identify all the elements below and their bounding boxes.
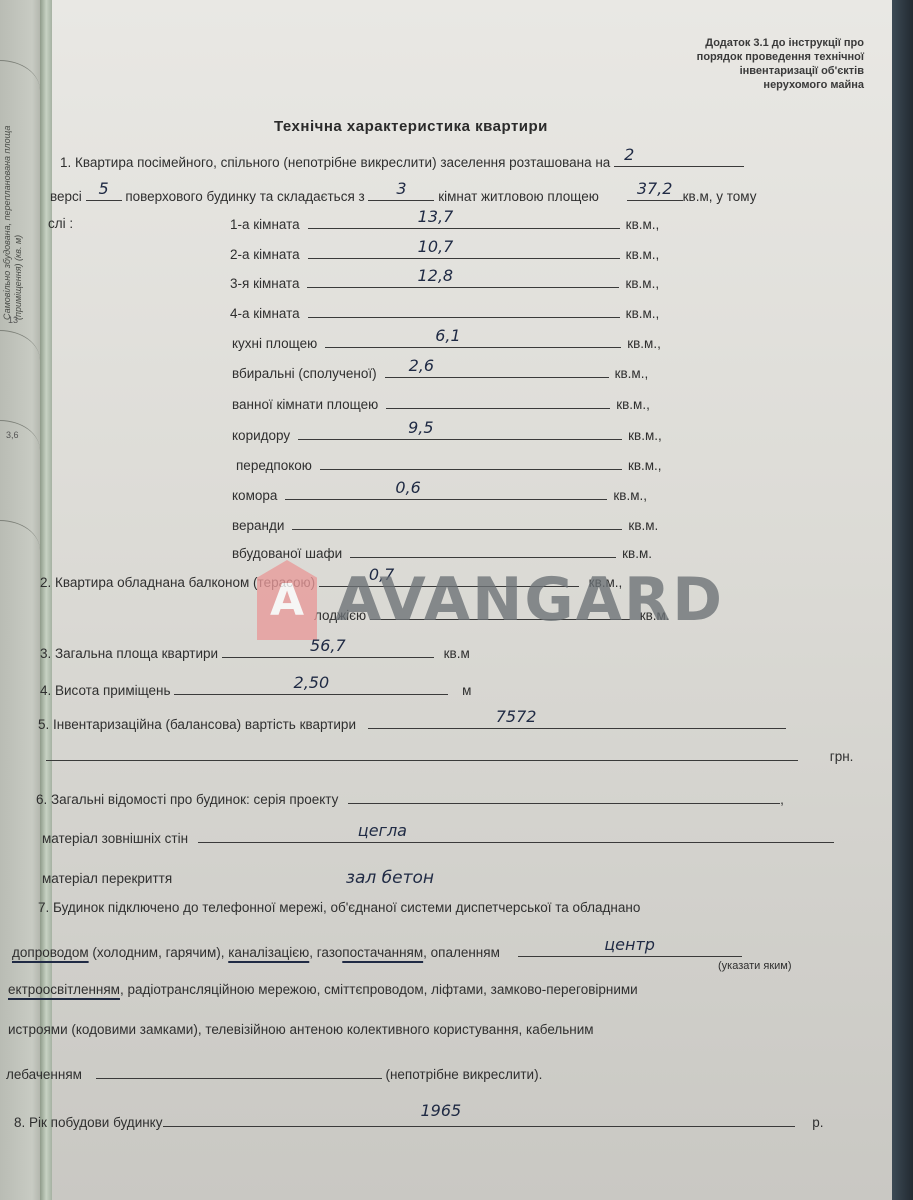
room-area-unit: кв.м.,: [628, 458, 662, 473]
ceiling-label: матеріал перекриття: [42, 871, 172, 886]
room-area-row: 1-а кімната13,7кв.м.,: [230, 214, 659, 232]
electric-lighting-text: ектроосвітленням: [8, 982, 120, 997]
room-area-value: 9,5: [298, 418, 622, 437]
room-area-field[interactable]: 13,7: [308, 214, 620, 229]
living-area-field[interactable]: 37,2: [627, 186, 683, 201]
living-area-value: 37,2: [627, 179, 683, 198]
value-field-continued[interactable]: [46, 746, 798, 761]
total-area-unit: кв.м: [444, 646, 470, 661]
ceiling-value[interactable]: зал бетон: [346, 868, 434, 888]
annex-line: інвентаризації об'єктів: [624, 64, 864, 78]
section1-line1: 1. Квартира посімейного, спільного (непо…: [60, 152, 744, 170]
build-year-value: 1965: [163, 1101, 795, 1120]
walls-value: цегла: [198, 821, 834, 840]
room-area-unit: кв.м.,: [626, 217, 660, 232]
floor-prefix: версі: [50, 189, 82, 204]
room-area-field[interactable]: [386, 394, 610, 409]
height-field[interactable]: 2,50: [174, 680, 448, 695]
room-area-unit: кв.м.,: [625, 276, 659, 291]
water-supply-detail: (холодним, гарячим),: [89, 945, 229, 960]
room-area-label: 2-а кімната: [230, 247, 300, 262]
document-title: Технічна характеристика квартири: [274, 118, 548, 135]
height-row: 4. Висота приміщень 2,50 м: [40, 680, 471, 698]
room-area-row: 3-я кімната12,8кв.м.,: [230, 273, 659, 291]
background-edge: [892, 0, 913, 1200]
room-area-label: комора: [232, 488, 277, 503]
room-area-unit: кв.м.,: [628, 428, 662, 443]
value-row-2: грн.: [46, 746, 853, 764]
avangard-watermark-text: AVANGARD: [335, 565, 724, 635]
heating-field[interactable]: центр: [518, 942, 742, 957]
room-area-row: вбудованої шафикв.м.: [232, 543, 652, 561]
room-area-value: 10,7: [308, 237, 620, 256]
room-area-value: 6,1: [325, 326, 621, 345]
utilities-line3: ектроосвітленням, радіотрансляційною мер…: [8, 982, 638, 997]
room-area-row: кухні площею6,1кв.м.,: [232, 333, 661, 351]
room-area-label: 4-а кімната: [230, 306, 300, 321]
room-area-unit: кв.м.: [622, 546, 652, 561]
rooms-text: кімнат житловою площею: [438, 189, 599, 204]
storeys-text: поверхового будинку та складається з: [125, 189, 364, 204]
annex-line: Додаток 3.1 до інструкції про: [624, 36, 864, 50]
value-value: 7572: [368, 707, 786, 726]
heating-value: центр: [518, 935, 742, 954]
build-year-unit: р.: [812, 1115, 823, 1130]
height-unit: м: [462, 683, 471, 698]
value-row: 5. Інвентаризаційна (балансова) вартість…: [38, 714, 786, 732]
ceiling-row: матеріал перекриття зал бетон: [42, 868, 434, 888]
room-area-value: 12,8: [307, 266, 619, 285]
room-area-field[interactable]: 6,1: [325, 333, 621, 348]
room-area-field[interactable]: [320, 455, 622, 470]
annex-line: нерухомого майна: [624, 78, 864, 92]
room-area-unit: кв.м.,: [613, 488, 647, 503]
gas-prefix: , газо: [309, 945, 342, 960]
floor-value: 2: [614, 145, 744, 164]
left-page-mark: 3,6: [6, 430, 19, 440]
total-area-row: 3. Загальна площа квартири 56,7 кв.м: [40, 643, 470, 661]
project-series-field[interactable]: [348, 789, 780, 804]
heating-text: , опаленням: [423, 945, 500, 960]
utilities-line1: 7. Будинок підключено до телефонної мере…: [38, 900, 640, 915]
room-area-label: ванної кімнати площею: [232, 397, 378, 412]
room-area-label: передпокою: [236, 458, 312, 473]
gas-supply-text: постачанням: [342, 945, 423, 960]
strike-out-note: (непотрібне викреслити).: [385, 1067, 542, 1082]
storeys-value: 5: [86, 179, 122, 198]
rooms-value: 3: [368, 179, 434, 198]
room-area-label: вбиральні (сполученої): [232, 366, 377, 381]
value-unit: грн.: [830, 749, 854, 764]
room-area-field[interactable]: 9,5: [298, 425, 622, 440]
room-area-row: коридору9,5кв.м.,: [232, 425, 662, 443]
height-label: 4. Висота приміщень: [40, 683, 171, 698]
room-area-label: кухні площею: [232, 336, 317, 351]
room-area-label: коридору: [232, 428, 290, 443]
build-year-label: 8. Рік побудови будинку: [14, 1115, 163, 1130]
incl-text: слі :: [48, 216, 73, 231]
room-area-unit: кв.м.,: [626, 306, 660, 321]
room-area-label: 1-а кімната: [230, 217, 300, 232]
annex-line: порядок проведення технічної: [624, 50, 864, 64]
room-area-field[interactable]: 0,6: [285, 485, 607, 500]
room-area-value: 2,6: [385, 356, 609, 375]
room-area-value: 0,6: [285, 478, 607, 497]
room-area-unit: кв.м.,: [616, 397, 650, 412]
room-area-label: 3-я кімната: [230, 276, 299, 291]
table-curve-line: [0, 60, 40, 121]
cable-tv-text: лебаченням: [6, 1067, 82, 1082]
annex-reference: Додаток 3.1 до інструкції про порядок пр…: [624, 36, 864, 92]
walls-row: матеріал зовнішніх стін цегла: [42, 828, 834, 846]
building-info-row: 6. Загальні відомості про будинок: серія…: [36, 789, 784, 807]
room-area-label: веранди: [232, 518, 284, 533]
walls-label: матеріал зовнішніх стін: [42, 831, 188, 846]
total-area-value: 56,7: [222, 636, 434, 655]
table-curve-line: [0, 330, 40, 391]
total-area-field[interactable]: 56,7: [222, 643, 434, 658]
water-supply-text: допроводом: [12, 945, 89, 960]
storeys-field[interactable]: 5: [86, 186, 122, 201]
utilities-line5: лебаченням (непотрібне викреслити).: [6, 1064, 542, 1082]
living-area-suffix: кв.м, у тому: [683, 189, 757, 204]
value-field[interactable]: 7572: [368, 714, 786, 729]
height-value: 2,50: [174, 673, 448, 692]
total-area-label: 3. Загальна площа квартири: [40, 646, 218, 661]
room-area-field[interactable]: [308, 303, 620, 318]
sewage-text: каналізацією: [228, 945, 309, 960]
building-info-label: 6. Загальні відомості про будинок: серія…: [36, 792, 338, 807]
room-area-field[interactable]: 10,7: [308, 244, 620, 259]
avangard-logo-icon: A: [257, 560, 317, 640]
room-area-field[interactable]: [292, 515, 622, 530]
value-label: 5. Інвентаризаційна (балансова) вартість…: [38, 717, 356, 732]
room-area-row: верандикв.м.: [232, 515, 658, 533]
utilities-line4: истроями (кодовими замками), телевізійно…: [8, 1022, 594, 1037]
room-area-value: 13,7: [308, 207, 620, 226]
utilities-line2: допроводом (холодним, гарячим), каналіза…: [12, 942, 742, 960]
room-area-field[interactable]: [350, 543, 616, 558]
room-area-row: комора0,6кв.м.,: [232, 485, 647, 503]
room-area-field[interactable]: 2,6: [385, 363, 609, 378]
section1-line2: версі 5 поверхового будинку та складаєть…: [50, 186, 756, 204]
room-area-row: передпокоюкв.м.,: [236, 455, 662, 473]
build-year-field[interactable]: 1965: [163, 1112, 795, 1127]
room-area-row: вбиральні (сполученої)2,6кв.м.,: [232, 363, 648, 381]
room-area-row: 4-а кімнатакв.м.,: [230, 303, 659, 321]
room-area-label: вбудованої шафи: [232, 546, 342, 561]
room-area-unit: кв.м.,: [627, 336, 661, 351]
utilities-list-text: , радіотрансляційною мережою, сміттєпров…: [120, 982, 638, 997]
rooms-field[interactable]: 3: [368, 186, 434, 201]
room-area-unit: кв.м.,: [626, 247, 660, 262]
build-year-row: 8. Рік побудови будинку1965 р.: [14, 1112, 824, 1130]
section1-text: 1. Квартира посімейного, спільного (непо…: [60, 155, 610, 170]
left-page-mark: 13: [8, 315, 18, 325]
room-area-row: ванної кімнати площеюкв.м.,: [232, 394, 650, 412]
room-area-unit: кв.м.: [628, 518, 658, 533]
heating-hint: (указати яким): [718, 960, 792, 972]
walls-field[interactable]: цегла: [198, 828, 834, 843]
room-area-field[interactable]: 12,8: [307, 273, 619, 288]
avangard-watermark: A AVANGARD: [257, 560, 724, 640]
floor-field[interactable]: 2: [614, 152, 744, 167]
room-area-row: 2-а кімната10,7кв.м.,: [230, 244, 659, 262]
left-page-sidenote: Самовільно збудована, перепланована площ…: [2, 120, 42, 320]
room-area-unit: кв.м.,: [615, 366, 649, 381]
table-curve-line: [0, 520, 40, 581]
document-page: Додаток 3.1 до інструкції про порядок пр…: [52, 0, 892, 1200]
cable-tv-field[interactable]: [96, 1064, 382, 1079]
